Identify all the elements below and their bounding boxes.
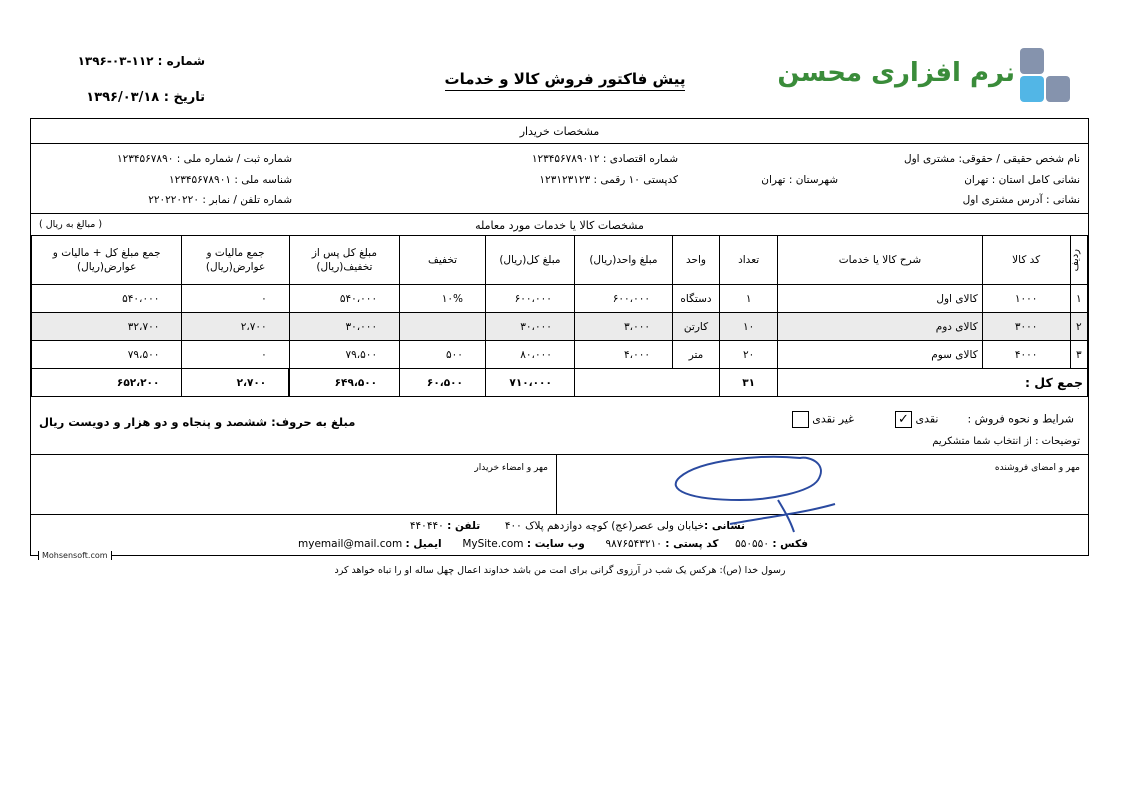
currency-note: ( مبالغ به ریال ) [39, 219, 102, 230]
col-quantity: تعداد [720, 236, 778, 285]
watermark: Mohsensoft.com [38, 551, 112, 560]
totals-row: جمع کل : ۳۱ ۷۱۰،۰۰۰ ۶۰،۵۰۰ ۶۴۹،۵۰۰ ۲،۷۰۰… [32, 369, 1088, 397]
total-after-discount: ۶۴۹،۵۰۰ [289, 369, 399, 397]
seller-signature-label: مهر و امضای فروشنده [995, 463, 1080, 473]
invoice-number-value: ۱۱۲-۰۳-۱۳۹۶ [78, 54, 154, 68]
buyer-address: نشانی : آدرس مشتری اول [963, 194, 1080, 206]
footer-quote: رسول خدا (ص): هرکس یک شب در آرزوی گرانی … [300, 565, 820, 576]
total-grand: ۶۵۲،۲۰۰ [32, 369, 182, 397]
non-cash-checkbox[interactable] [792, 411, 809, 428]
buyer-phone: شماره تلفن / نمابر : ۲۲۰۲۲۰۲۲۰ [148, 194, 292, 206]
table-row: ۱ ۱۰۰۰ کالای اول ۱ دستگاه ۶۰۰،۰۰۰ ۶۰۰،۰۰… [32, 285, 1088, 313]
invoice-number: شماره : ۱۱۲-۰۳-۱۳۹۶ [40, 54, 205, 68]
total-tax: ۲،۷۰۰ [182, 369, 289, 397]
table-row: ۲ ۳۰۰۰ کالای دوم ۱۰ کارتن ۳،۰۰۰ ۳۰،۰۰۰ ۳… [32, 313, 1088, 341]
notes-value: از انتخاب شما متشکریم [932, 436, 1032, 447]
items-table: ردیف کد کالا شرح کالا یا خدمات تعداد واح… [31, 235, 1088, 397]
amount-in-words: مبلغ به حروف: ششصد و پنجاه و دو هزار و د… [39, 415, 355, 429]
col-grand-total: جمع مبلغ کل + مالیات و عوارض(ریال) [32, 236, 182, 285]
buyer-province: نشانی کامل استان : تهران [964, 174, 1080, 186]
buyer-name: نام شخص حقیقی / حقوقی: مشتری اول [904, 153, 1080, 165]
buyer-postal-code: کدپستی ۱۰ رقمی : ۱۲۳۱۲۳۱۲۳ [539, 174, 678, 186]
col-description: شرح کالا یا خدمات [778, 236, 982, 285]
items-section-title: مشخصات کالا یا خدمات مورد معامله [31, 219, 1088, 232]
col-unit: واحد [673, 236, 720, 285]
buyer-signature-label: مهر و امضاء خریدار [474, 463, 548, 473]
footer-email[interactable]: myemail@mail.com [298, 538, 402, 550]
invoice-date-value: ۱۳۹۶/۰۳/۱۸ [86, 90, 159, 105]
total-amount: ۷۱۰،۰۰۰ [485, 369, 574, 397]
col-code: کد کالا [982, 236, 1070, 285]
notes: توضیحات : از انتخاب شما متشکریم [932, 436, 1080, 447]
invoice-date: تاریخ : ۱۳۹۶/۰۳/۱۸ [40, 90, 205, 105]
invoice-date-label: تاریخ : [164, 90, 205, 105]
buyer-national-id: شناسه ملی : ۱۲۳۴۵۶۷۸۹۰۱ [169, 174, 292, 186]
invoice-frame: مشخصات خریدار نام شخص حقیقی / حقوقی: مشت… [30, 118, 1089, 556]
buyer-section-title: مشخصات خریدار [31, 125, 1088, 138]
col-discount: تخفیف [400, 236, 486, 285]
footer-postal: ۹۸۷۶۵۴۳۲۱۰ [605, 538, 661, 550]
signature-divider [556, 454, 557, 514]
buyer-registration-number: شماره ثبت / شماره ملی : ۱۲۳۴۵۶۷۸۹۰ [117, 153, 292, 165]
footer-phone: ۴۴۰۴۴۰ [410, 520, 444, 532]
sale-terms-label: شرایط و نحوه فروش : [967, 413, 1074, 426]
table-row: ۳ ۴۰۰۰ کالای سوم ۲۰ متر ۴،۰۰۰ ۸۰،۰۰۰ ۵۰۰… [32, 341, 1088, 369]
cash-label: نقدی [915, 413, 938, 426]
col-tax: جمع مالیات و عوارض(ریال) [182, 236, 289, 285]
sale-terms: شرایط و نحوه فروش : نقدی ✓ غیر نقدی [792, 411, 1074, 428]
col-total: مبلغ کل(ریال) [485, 236, 574, 285]
total-discount: ۶۰،۵۰۰ [400, 369, 486, 397]
logo-text: نرم افزاری محسن [777, 58, 1015, 88]
col-after-discount: مبلغ کل پس از تخفیف(ریال) [289, 236, 399, 285]
amount-words-value: ششصد و پنجاه و دو هزار و دویست ریال [39, 415, 267, 429]
total-quantity: ۳۱ [720, 369, 778, 397]
seller-signature-icon [660, 452, 840, 542]
col-row: ردیف [1070, 236, 1087, 285]
buyer-city: شهرستان : تهران [761, 174, 838, 186]
table-header-row: ردیف کد کالا شرح کالا یا خدمات تعداد واح… [32, 236, 1088, 285]
amount-words-label: مبلغ به حروف: [271, 415, 355, 429]
cash-checkbox[interactable]: ✓ [895, 411, 912, 428]
buyer-economic-number: شماره اقتصادی : ۱۲۳۴۵۶۷۸۹۰۱۲ [532, 153, 678, 165]
notes-label: توضیحات : [1035, 436, 1080, 447]
totals-label: جمع کل : [778, 369, 1088, 397]
invoice-number-label: شماره : [158, 54, 205, 68]
footer-website[interactable]: MySite.com [462, 538, 523, 550]
page-title: پیش فاکتور فروش کالا و خدمات [430, 70, 700, 88]
non-cash-label: غیر نقدی [812, 413, 854, 426]
company-logo: نرم افزاری محسن [830, 44, 1075, 106]
col-unit-price: مبلغ واحد(ریال) [574, 236, 672, 285]
